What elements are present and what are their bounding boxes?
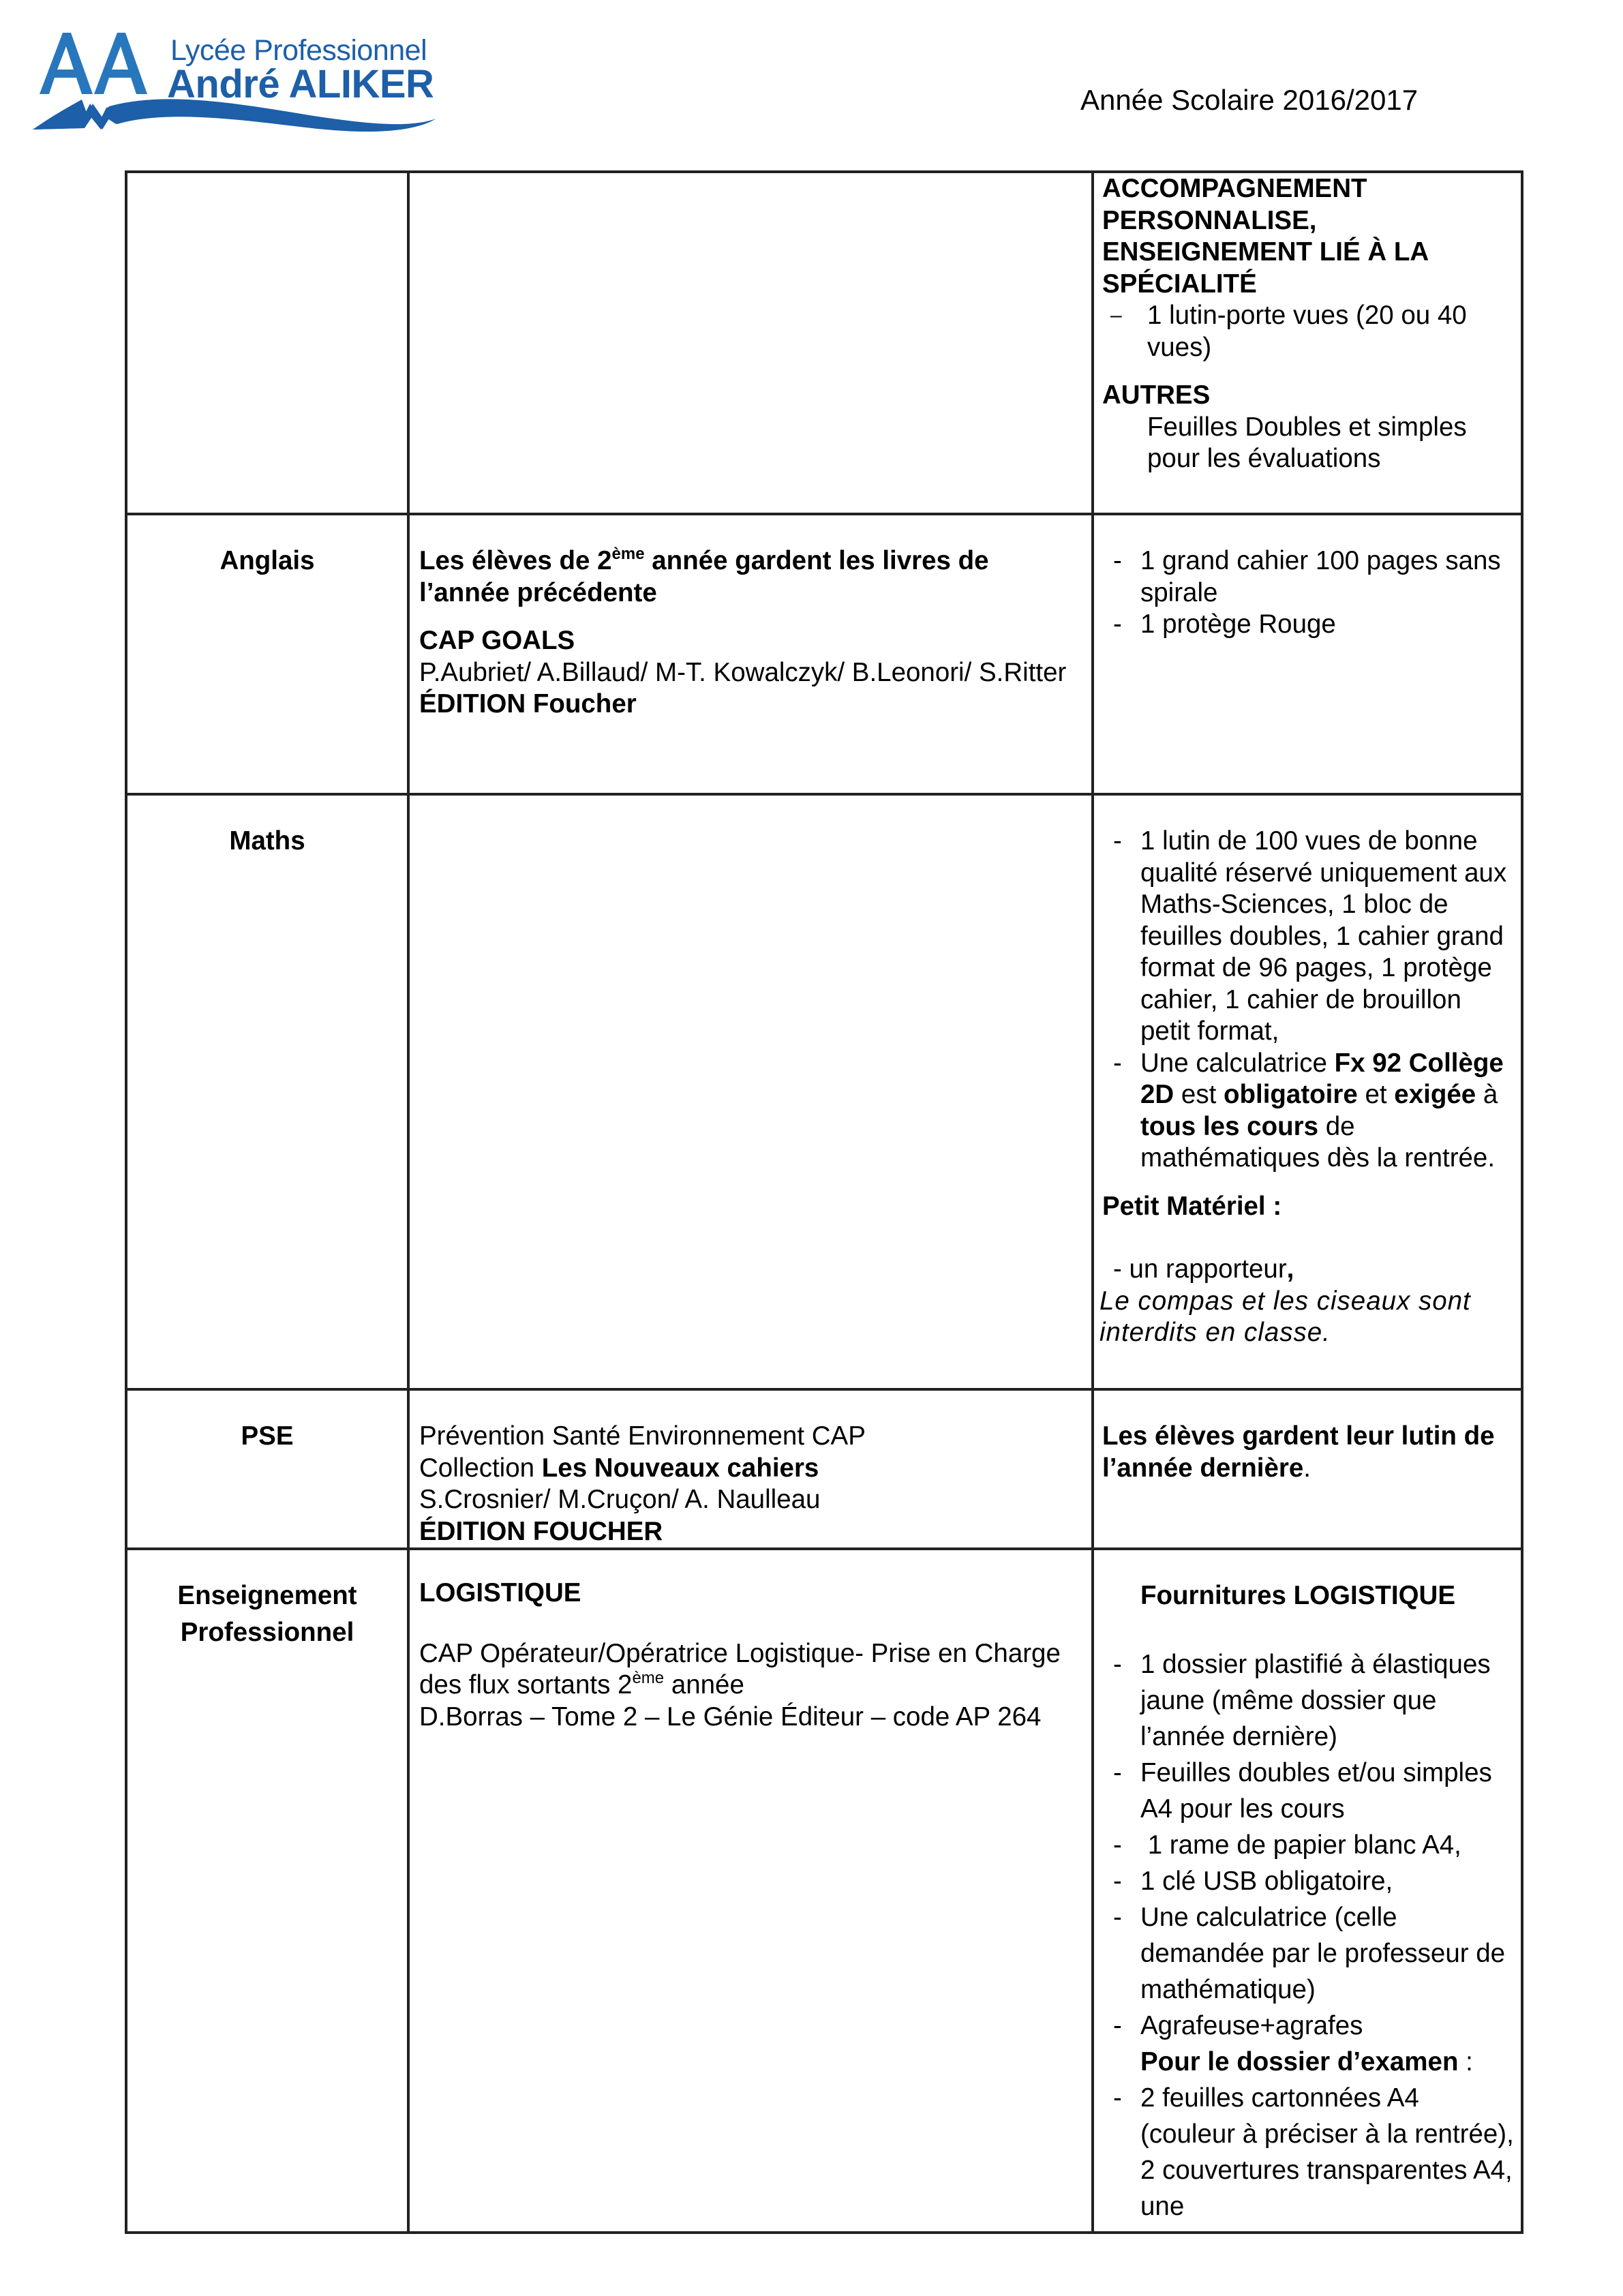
section-title: AUTRES [1102, 380, 1515, 412]
supplies-list: 1 lutin-porte vues (20 ou 40 vues) [1102, 300, 1515, 363]
subject-name: Enseignement Professionnel [127, 1550, 407, 1651]
list-item: 1 grand cahier 100 pages sans spirale [1094, 545, 1515, 609]
list-item: 1 protège Rouge [1094, 609, 1515, 641]
supplies-cell: Fournitures LOGISTIQUE 1 dossier plastif… [1093, 1549, 1522, 2233]
supplies-cell: Les élèves gardent leur lutin de l’année… [1093, 1389, 1522, 1549]
book-title: Prévention Santé Environnement CAP [419, 1421, 1083, 1453]
supplies-cell: 1 lutin de 100 vues de bonne qualité rés… [1093, 794, 1522, 1389]
school-year: Année Scolaire 2016/2017 [1080, 84, 1418, 117]
books-cell: LOGISTIQUE CAP Opérateur/Opératrice Logi… [408, 1549, 1093, 2233]
section-title: Petit Matériel : [1094, 1191, 1515, 1223]
list-item: Une calculatrice (celle demandée par le … [1094, 1899, 1515, 2008]
supplies-cell: ACCOMPAGNEMENT PERSONNALISE, ENSEIGNEMEN… [1093, 172, 1522, 514]
list-item: Agrafeuse+agrafes [1094, 2008, 1515, 2044]
book-collection: Collection Les Nouveaux cahiers [419, 1453, 1083, 1485]
school-logo: Lycée Professionnel André ALIKER [27, 27, 464, 136]
supplies-text: Feuilles Doubles et simples pour les éva… [1102, 412, 1515, 475]
supplies-list: 1 dossier plastifié à élastiques jaune (… [1094, 1646, 1515, 2044]
table-row: Enseignement Professionnel LOGISTIQUE CA… [126, 1549, 1522, 2233]
table-row: Anglais Les élèves de 2ème année gardent… [126, 514, 1522, 794]
list-item: Une calculatrice Fx 92 Collège 2D est ob… [1094, 1048, 1515, 1175]
list-item: Feuilles doubles et/ou simples A4 pour l… [1094, 1755, 1515, 1827]
books-note: Les élèves de 2ème année gardent les liv… [419, 545, 1083, 609]
list-item: 1 rame de papier blanc A4, [1094, 1827, 1515, 1863]
list-item: - un rapporteur, [1094, 1254, 1515, 1286]
section-title: Pour le dossier d’examen : [1094, 2044, 1515, 2080]
subject-cell: Maths [126, 794, 408, 1389]
book-publisher: ÉDITION FOUCHER [419, 1516, 1083, 1548]
table-row: Maths 1 lutin de 100 vues de bonne quali… [126, 794, 1522, 1389]
book-authors: D.Borras – Tome 2 – Le Génie Éditeur – c… [419, 1702, 1083, 1734]
book-authors: S.Crosnier/ M.Cruçon/ A. Naulleau [419, 1484, 1083, 1516]
subject-name: PSE [127, 1391, 407, 1453]
list-item: 2 feuilles cartonnées A4 (couleur à préc… [1094, 2080, 1515, 2224]
subject-cell [126, 172, 408, 514]
subject-cell: Anglais [126, 514, 408, 794]
subject-name: Maths [127, 796, 407, 858]
book-title: CAP Opérateur/Opératrice Logistique- Pri… [419, 1638, 1083, 1702]
subject-name: Anglais [127, 515, 407, 577]
section-title: ACCOMPAGNEMENT PERSONNALISE, ENSEIGNEMEN… [1102, 173, 1515, 300]
subject-cell: PSE [126, 1389, 408, 1549]
book-authors: P.Aubriet/ A.Billaud/ M-T. Kowalczyk/ B.… [419, 657, 1083, 689]
supplies-cell: 1 grand cahier 100 pages sans spirale 1 … [1093, 514, 1522, 794]
list-item: 1 lutin de 100 vues de bonne qualité rés… [1094, 826, 1515, 1048]
section-title: Fournitures LOGISTIQUE [1094, 1577, 1515, 1614]
list-item: 1 clé USB obligatoire, [1094, 1863, 1515, 1899]
supplies-table: ACCOMPAGNEMENT PERSONNALISE, ENSEIGNEMEN… [125, 170, 1523, 2234]
list-item: 1 lutin-porte vues (20 ou 40 vues) [1102, 300, 1515, 363]
list-item: 1 dossier plastifié à élastiques jaune (… [1094, 1646, 1515, 1755]
supplies-note: Les élèves gardent leur lutin de l’année… [1102, 1421, 1515, 1484]
subject-cell: Enseignement Professionnel [126, 1549, 408, 2233]
book-title: CAP GOALS [419, 625, 1083, 657]
books-cell: Prévention Santé Environnement CAP Colle… [408, 1389, 1093, 1549]
exam-supplies-list: 2 feuilles cartonnées A4 (couleur à préc… [1094, 2080, 1515, 2224]
warning-note: Le compas et les ciseaux sont interdits … [1094, 1286, 1515, 1349]
table-row: PSE Prévention Santé Environnement CAP C… [126, 1389, 1522, 1549]
supplies-list: 1 lutin de 100 vues de bonne qualité rés… [1094, 826, 1515, 1175]
table-row: ACCOMPAGNEMENT PERSONNALISE, ENSEIGNEMEN… [126, 172, 1522, 514]
book-publisher: ÉDITION Foucher [419, 689, 1083, 721]
books-cell: Les élèves de 2ème année gardent les liv… [408, 514, 1093, 794]
logo-school-name: André ALIKER [167, 61, 434, 107]
supplies-list: 1 grand cahier 100 pages sans spirale 1 … [1094, 545, 1515, 641]
section-title: LOGISTIQUE [419, 1577, 1083, 1610]
books-cell [408, 794, 1093, 1389]
books-cell [408, 172, 1093, 514]
